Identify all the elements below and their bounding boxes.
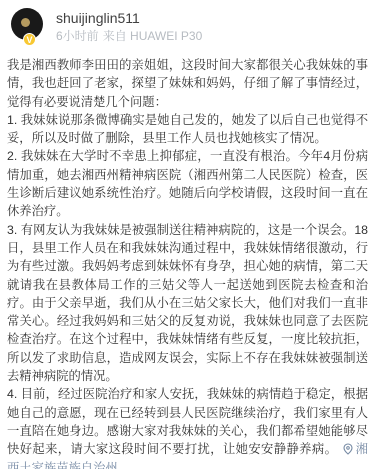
weibo-post: V shuijinglin511 6小时前来自 HUAWEI P30 我是湘西教… bbox=[0, 0, 375, 469]
post-body: 我是湘西教师李田田的亲姐姐，这段时间大家都很关心我妹妹的事情，我也赶回了老家，探… bbox=[0, 44, 375, 469]
post-paragraph: 1. 我妹妹说那条微博确实是她自己发的，她发了以后自己也觉得不妥，所以及时做了删… bbox=[7, 111, 368, 148]
post-paragraph: 2. 我妹妹在大学时不幸患上抑郁症，一直没有根治。今年4月份病情加重，她去湘西州… bbox=[7, 147, 368, 220]
post-meta: 6小时前来自 HUAWEI P30 bbox=[56, 29, 202, 44]
location-pin-icon bbox=[342, 443, 354, 455]
post-paragraph: 3. 有网友认为我妹妹是被强制送往精神病院的，这是一个误会。18日，县里工作人员… bbox=[7, 221, 368, 386]
avatar[interactable]: V bbox=[11, 8, 43, 40]
header-text: shuijinglin511 6小时前来自 HUAWEI P30 bbox=[56, 8, 202, 44]
paragraph-text: 4. 目前，经过医院治疗和家人安抚，我妹妹的病情趋于稳定，根据她自己的意愿，现在… bbox=[7, 387, 368, 456]
post-paragraph-last: 4. 目前，经过医院治疗和家人安抚，我妹妹的病情趋于稳定，根据她自己的意愿，现在… bbox=[7, 385, 368, 469]
post-header: V shuijinglin511 6小时前来自 HUAWEI P30 bbox=[0, 0, 375, 44]
post-paragraph: 我是湘西教师李田田的亲姐姐，这段时间大家都很关心我妹妹的事情，我也赶回了老家，探… bbox=[7, 56, 368, 111]
post-timestamp: 6小时前 bbox=[56, 29, 99, 43]
verified-badge-icon: V bbox=[23, 33, 36, 46]
post-source: 来自 HUAWEI P30 bbox=[103, 29, 203, 43]
username-link[interactable]: shuijinglin511 bbox=[56, 9, 202, 27]
